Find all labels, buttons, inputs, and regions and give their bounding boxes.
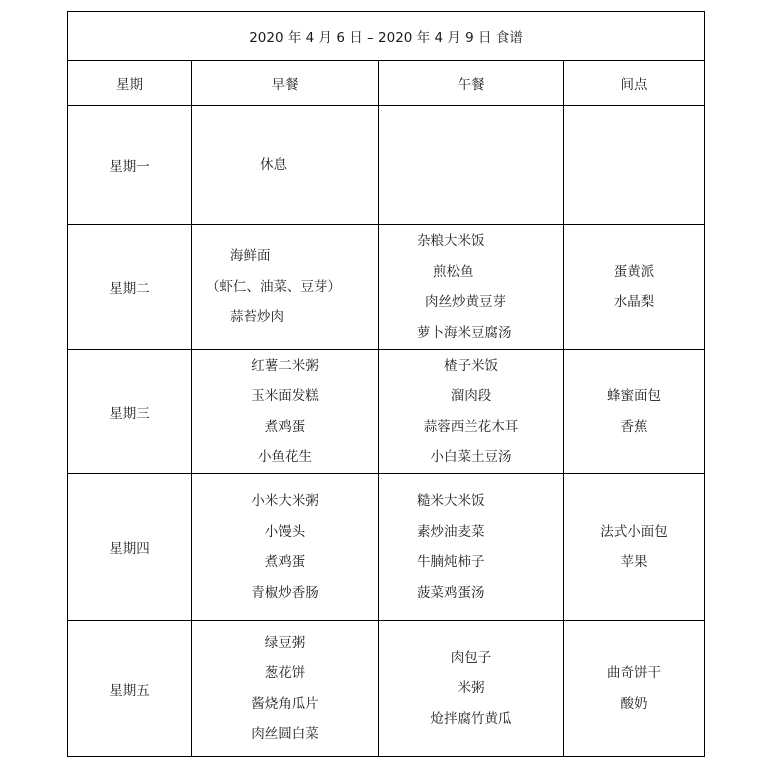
snack-cell: 蛋黄派 水晶梨 (564, 225, 705, 350)
header-snack: 间点 (564, 61, 705, 106)
menu-item: 煮鸡蛋 (265, 547, 306, 578)
menu-item: 素炒油麦菜 (417, 517, 563, 548)
menu-item: 酱烧角瓜片 (251, 689, 319, 720)
menu-table: 2020 年 4 月 6 日 – 2020 年 4 月 9 日 食谱 星期 早餐… (67, 11, 705, 757)
snack-cell: 蜂蜜面包 香蕉 (564, 350, 705, 474)
day-cell: 星期五 (68, 621, 192, 757)
menu-item: 蜂蜜面包 (607, 381, 661, 412)
menu-item: 青椒炒香肠 (251, 578, 319, 609)
breakfast-cell: 红薯二米粥 玉米面发糕 煮鸡蛋 小鱼花生 (192, 350, 379, 474)
snack-cell (564, 106, 705, 225)
header-row: 星期 早餐 午餐 间点 (68, 61, 705, 106)
menu-item: 法式小面包 (600, 517, 668, 548)
breakfast-cell: 休息 (192, 106, 379, 225)
table-row-friday: 星期五 绿豆粥 葱花饼 酱烧角瓜片 肉丝圆白菜 肉包子 米粥 炝拌腐竹黄瓜 曲奇… (68, 621, 705, 757)
menu-item: 楂子米饭 (444, 351, 498, 382)
day-cell: 星期一 (68, 106, 192, 225)
menu-item: 葱花饼 (265, 658, 306, 689)
breakfast-cell: 小米大米粥 小馒头 煮鸡蛋 青椒炒香肠 (192, 474, 379, 621)
menu-item: 溜肉段 (451, 381, 492, 412)
menu-item: 煎松鱼 (417, 257, 563, 288)
header-breakfast: 早餐 (192, 61, 379, 106)
menu-item: 红薯二米粥 (251, 351, 319, 382)
menu-item: 绿豆粥 (265, 628, 306, 659)
menu-item: 蛋黄派 (614, 257, 655, 288)
menu-item: 煮鸡蛋 (265, 412, 306, 443)
table-row-tuesday: 星期二 海鲜面 （虾仁、油菜、豆芽） 蒜苔炒肉 杂粮大米饭 煎松鱼 肉丝炒黄豆芽… (68, 225, 705, 350)
lunch-cell: 肉包子 米粥 炝拌腐竹黄瓜 (379, 621, 564, 757)
header-day: 星期 (68, 61, 192, 106)
snack-cell: 法式小面包 苹果 (564, 474, 705, 621)
menu-item: 菠菜鸡蛋汤 (417, 578, 563, 609)
menu-item: 蒜蓉西兰花木耳 (424, 412, 519, 443)
lunch-cell: 杂粮大米饭 煎松鱼 肉丝炒黄豆芽 萝卜海米豆腐汤 (379, 225, 564, 350)
snack-cell: 曲奇饼干 酸奶 (564, 621, 705, 757)
menu-item: 肉包子 (451, 643, 492, 674)
breakfast-cell: 绿豆粥 葱花饼 酱烧角瓜片 肉丝圆白菜 (192, 621, 379, 757)
menu-item: 蒜苔炒肉 (206, 302, 378, 333)
lunch-cell: 糙米大米饭 素炒油麦菜 牛腩炖柿子 菠菜鸡蛋汤 (379, 474, 564, 621)
menu-item: 休息 (260, 150, 378, 181)
table-row-thursday: 星期四 小米大米粥 小馒头 煮鸡蛋 青椒炒香肠 糙米大米饭 素炒油麦菜 牛腩炖柿… (68, 474, 705, 621)
menu-item: 小馒头 (265, 517, 306, 548)
menu-item: 肉丝炒黄豆芽 (417, 287, 563, 318)
breakfast-cell: 海鲜面 （虾仁、油菜、豆芽） 蒜苔炒肉 (192, 225, 379, 350)
menu-item: （虾仁、油菜、豆芽） (206, 272, 378, 303)
menu-item: 糙米大米饭 (417, 486, 563, 517)
day-cell: 星期四 (68, 474, 192, 621)
menu-item: 炝拌腐竹黄瓜 (431, 704, 512, 735)
lunch-cell (379, 106, 564, 225)
table-row-wednesday: 星期三 红薯二米粥 玉米面发糕 煮鸡蛋 小鱼花生 楂子米饭 溜肉段 蒜蓉西兰花木… (68, 350, 705, 474)
lunch-cell: 楂子米饭 溜肉段 蒜蓉西兰花木耳 小白菜土豆汤 (379, 350, 564, 474)
menu-item: 小白菜土豆汤 (431, 442, 512, 473)
menu-item: 萝卜海米豆腐汤 (417, 318, 563, 349)
menu-item: 小米大米粥 (251, 486, 319, 517)
menu-item: 香蕉 (621, 412, 648, 443)
table-row-monday: 星期一 休息 (68, 106, 705, 225)
menu-item: 苹果 (621, 547, 648, 578)
menu-item: 牛腩炖柿子 (417, 547, 563, 578)
menu-item: 杂粮大米饭 (417, 226, 563, 257)
menu-item: 玉米面发糕 (251, 381, 319, 412)
menu-item: 米粥 (458, 673, 485, 704)
menu-title: 2020 年 4 月 6 日 – 2020 年 4 月 9 日 食谱 (68, 12, 705, 61)
menu-item: 水晶梨 (614, 287, 655, 318)
menu-item: 酸奶 (621, 689, 648, 720)
menu-item: 小鱼花生 (258, 442, 312, 473)
header-lunch: 午餐 (379, 61, 564, 106)
day-cell: 星期三 (68, 350, 192, 474)
menu-item: 曲奇饼干 (607, 658, 661, 689)
day-cell: 星期二 (68, 225, 192, 350)
menu-item: 肉丝圆白菜 (251, 719, 319, 750)
menu-item: 海鲜面 (206, 241, 378, 272)
